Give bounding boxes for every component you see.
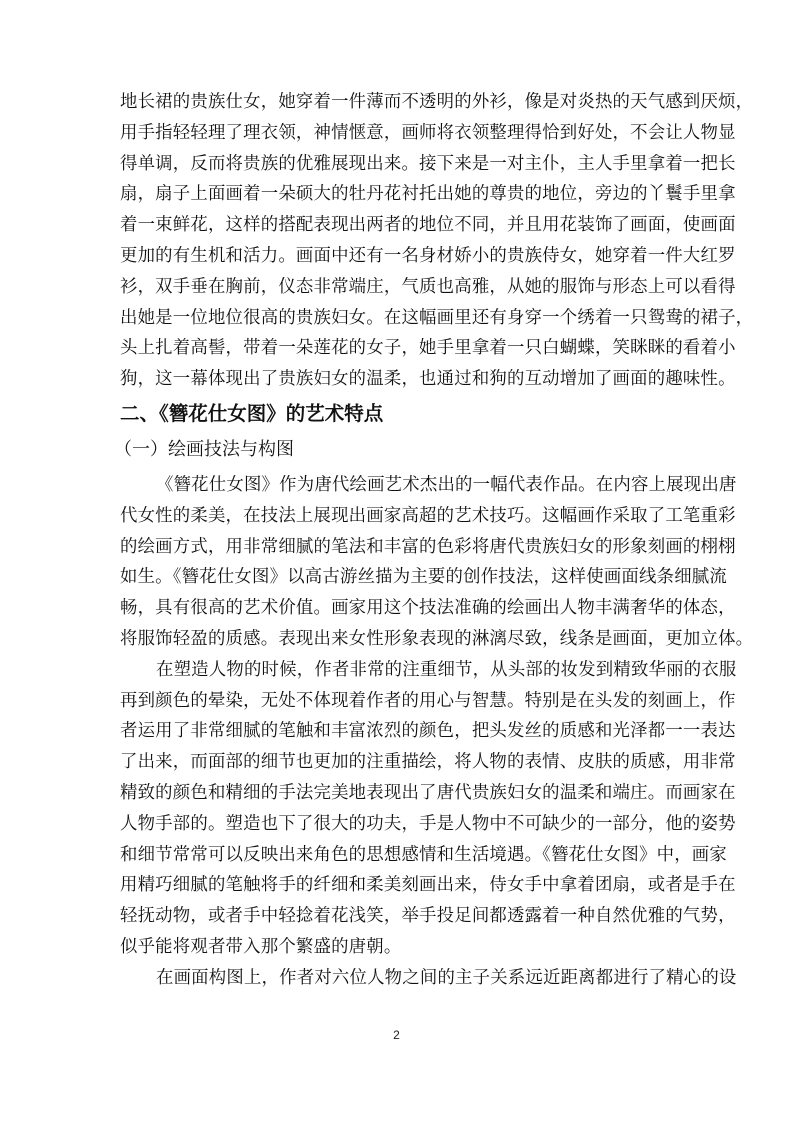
text-line: 着一束鲜花，这样的搭配表现出两者的地位不同，并且用花装饰了画面，使画面 bbox=[120, 210, 678, 241]
text-line: 精致的颜色和精细的手法完美地表现出了唐代贵族妇女的温柔和端庄。而画家在 bbox=[120, 778, 678, 809]
text-line: 人物手部的。塑造也下了很大的功夫，手是人物中不可缺少的一部分，他的姿势 bbox=[120, 809, 678, 840]
text-line: 和细节常常可以反映出来角色的思想感情和生活境遇。《簪花仕女图》中，画家 bbox=[120, 840, 678, 871]
text-line: 狗，这一幕体现出了贵族妇女的温柔，也通过和狗的互动增加了画面的趣味性。 bbox=[120, 364, 678, 395]
text-line: 在画面构图上，作者对六位人物之间的主子关系远近距离都进行了精心的设 bbox=[120, 963, 678, 994]
text-line: 用手指轻轻理了理衣领，神情惬意，画师将衣领整理得恰到好处，不会让人物显 bbox=[120, 118, 678, 149]
text-line: 将服饰轻盈的质感。表现出来女性形象表现的淋漓尽致，线条是画面，更加立体。 bbox=[120, 624, 678, 655]
text-line: 如生。《簪花仕女图》以高古游丝描为主要的创作技法，这样使画面线条细腻流 bbox=[120, 562, 678, 593]
document-page: 地长裙的贵族仕女，她穿着一件薄而不透明的外衫，像是对炎热的天气感到厌烦， 用手指… bbox=[0, 0, 793, 1122]
paragraph-details: 在塑造人物的时候，作者非常的注重细节，从头部的妆发到精致华丽的衣服 再到颜色的晕… bbox=[120, 655, 678, 963]
page-number: 2 bbox=[0, 1028, 793, 1042]
text-line: 轻抚动物，或者手中轻捻着花浅笑，举手投足间都透露着一种自然优雅的气势， bbox=[120, 901, 678, 932]
text-line: 头上扎着高髻，带着一朵莲花的女子，她手里拿着一只白蝴蝶，笑眯眯的看着小 bbox=[120, 333, 678, 364]
text-line: 代女性的柔美，在技法上展现出画家高超的艺术技巧。这幅画作采取了工笔重彩 bbox=[120, 501, 678, 532]
section-heading: 二、《簪花仕女图》的艺术特点 bbox=[120, 396, 678, 432]
text-line: 的绘画方式，用非常细腻的笔法和丰富的色彩将唐代贵族妇女的形象刻画的栩栩 bbox=[120, 532, 678, 563]
text-line: 再到颜色的晕染，无处不体现着作者的用心与智慧。特别是在头发的刻画上，作 bbox=[120, 686, 678, 717]
text-line: 得单调，反而将贵族的优雅展现出来。接下来是一对主仆，主人手里拿着一把长 bbox=[120, 149, 678, 180]
text-line: 出她是一位地位很高的贵族妇女。在这幅画里还有身穿一个绣着一只鸳鸯的裙子， bbox=[120, 303, 678, 334]
text-line: 衫，双手垂在胸前，仪态非常端庄，气质也高雅，从她的服饰与形态上可以看得 bbox=[120, 272, 678, 303]
text-line: 似乎能将观者带入那个繁盛的唐朝。 bbox=[120, 932, 678, 963]
text-line: 扇，扇子上面画着一朵硕大的牡丹花衬托出她的尊贵的地位，旁边的丫鬟手里拿 bbox=[120, 179, 678, 210]
text-line: 了出来，而面部的细节也更加的注重描绘，将人物的表情、皮肤的质感，用非常 bbox=[120, 747, 678, 778]
text-line: 畅，具有很高的艺术价值。画家用这个技法准确的绘画出人物丰满奢华的体态， bbox=[120, 593, 678, 624]
text-line: 用精巧细腻的笔触将手的纤细和柔美刻画出来，侍女手中拿着团扇，或者是手在 bbox=[120, 870, 678, 901]
text-line: 地长裙的贵族仕女，她穿着一件薄而不透明的外衫，像是对炎热的天气感到厌烦， bbox=[120, 87, 678, 118]
page-content: 地长裙的贵族仕女，她穿着一件薄而不透明的外衫，像是对炎热的天气感到厌烦， 用手指… bbox=[120, 87, 678, 994]
text-line: 《簪花仕女图》作为唐代绘画艺术杰出的一幅代表作品。在内容上展现出唐 bbox=[120, 470, 678, 501]
paragraph-technique: 《簪花仕女图》作为唐代绘画艺术杰出的一幅代表作品。在内容上展现出唐 代女性的柔美… bbox=[120, 470, 678, 655]
subsection-heading: （一）绘画技法与构图 bbox=[114, 432, 678, 470]
text-line: 更加的有生机和活力。画面中还有一名身材娇小的贵族侍女，她穿着一件大红罗 bbox=[120, 241, 678, 272]
paragraph-composition: 在画面构图上，作者对六位人物之间的主子关系远近距离都进行了精心的设 bbox=[120, 963, 678, 994]
text-line: 者运用了非常细腻的笔触和丰富浓烈的颜色，把头发丝的质感和光泽都一一表达 bbox=[120, 716, 678, 747]
text-line: 在塑造人物的时候，作者非常的注重细节，从头部的妆发到精致华丽的衣服 bbox=[120, 655, 678, 686]
intro-paragraph: 地长裙的贵族仕女，她穿着一件薄而不透明的外衫，像是对炎热的天气感到厌烦， 用手指… bbox=[120, 87, 678, 395]
